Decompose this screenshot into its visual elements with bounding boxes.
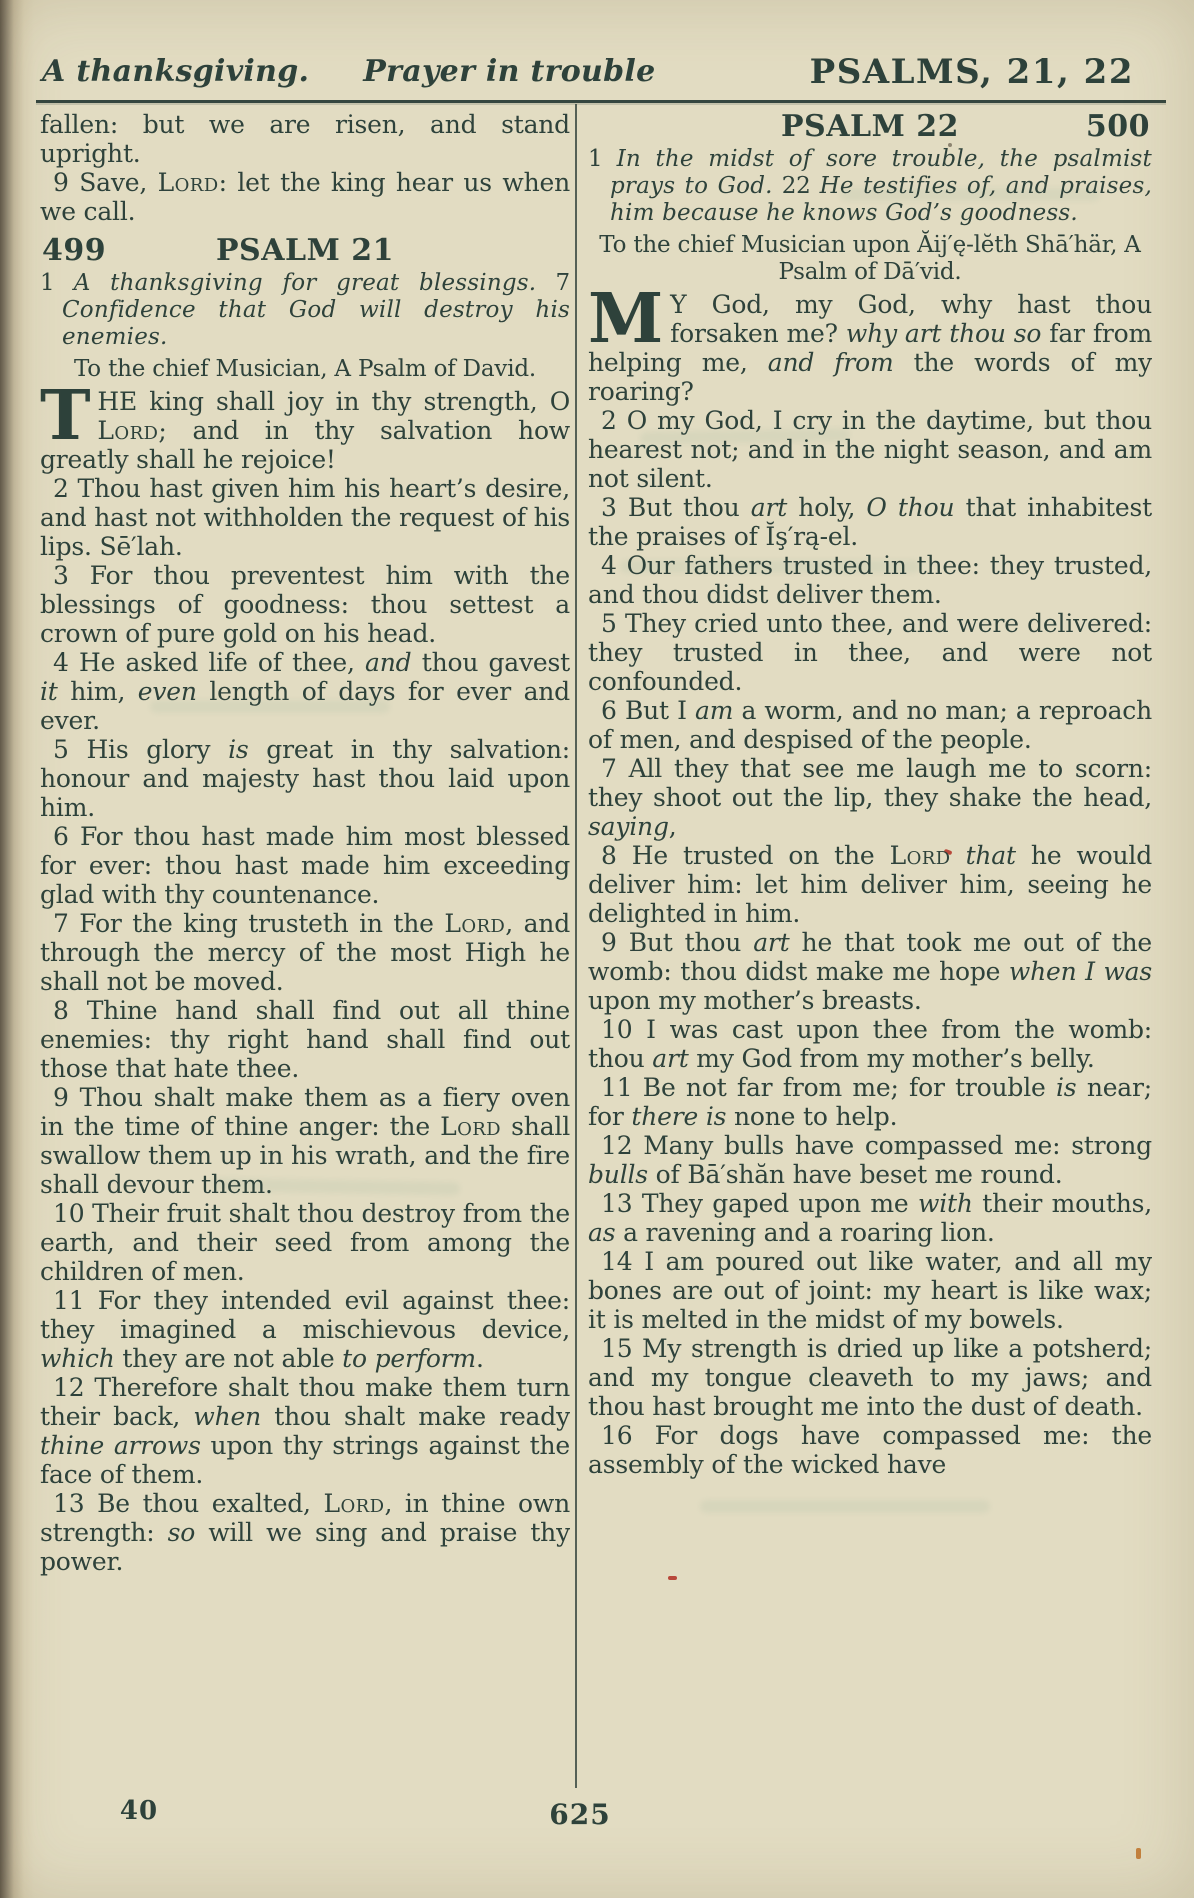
verse: 6 But I am a worm, and no man; a reproac… [588,696,1152,754]
verse: 14 I am poured out like water, and all m… [588,1247,1152,1334]
verse: 10 I was cast upon thee from the womb: t… [588,1015,1152,1073]
first-verse: THE king shall joy in thy strength, O Lo… [40,387,570,474]
verse: 13 Be thou exalted, Lord, in thine own s… [40,1489,570,1576]
psalm-22-heading: PSALM 22 500 [588,112,1152,141]
ink-speck [1136,1848,1141,1859]
verse: 5 His glory is great in thy salvation: h… [40,735,570,822]
drop-cap: T [40,390,90,442]
verse: 9 Thou shalt make them as a fiery oven i… [40,1083,570,1199]
right-column: PSALM 22 500 1 In the midst of sore trou… [588,110,1152,1800]
section-number: 500 [1086,112,1150,141]
psalm-21-summary: 1 A thanksgiving for great blessings. 7 … [40,270,570,351]
verse: 11 For they intended evil against thee: … [40,1286,570,1373]
verse: 4 He asked life of thee, and thou gavest… [40,648,570,735]
verse: 7 All they that see me laugh me to scorn… [588,754,1152,841]
verse: 12 Therefore shalt thou make them turn t… [40,1373,570,1489]
verse: 3 But thou art holy, O thou that inhabit… [588,493,1152,551]
psalm-title: PSALM 21 [216,233,394,268]
bible-page: A thanksgiving.Prayer in trouble PSALMS,… [0,0,1194,1898]
verse: 6 For thou hast made him most blessed fo… [40,822,570,909]
psalm-21-inscription: To the chief Musician, A Psalm of David. [40,356,570,383]
running-head-left: A thanksgiving.Prayer in trouble [42,54,656,89]
footer-page-number-left: 40 [104,1796,174,1826]
verse: 5 They cried unto thee, and were deliver… [588,609,1152,696]
verse: 15 My strength is dried up like a potshe… [588,1334,1152,1421]
verse: 8 Thine hand shall find out all thine en… [40,996,570,1083]
verse: 3 For thou preventest him with the bless… [40,561,570,648]
drop-cap: M [588,293,663,345]
verse: 9 But thou art he that took me out of th… [588,928,1152,1015]
running-head-psalm21: A thanksgiving. [42,54,309,89]
psalm-title: PSALM 22 [781,110,959,144]
verse: 16 For dogs have compassed me: the assem… [588,1421,1152,1479]
column-divider [575,104,577,1788]
carryover-text: fallen: but we are risen, and stand upri… [40,110,570,168]
first-verse-text: HE king shall joy in thy strength, O Lor… [40,387,570,474]
header-rule [36,100,1166,103]
section-number: 499 [42,236,106,265]
verse: 4 Our fathers trusted in thee: they trus… [588,551,1152,609]
verse: 7 For the king trusteth in the Lord, and… [40,909,570,996]
psalm-22-verses: 2 O my God, I cry in the daytime, but th… [588,406,1152,1479]
verse: 8 He trusted on the Lord that he would d… [588,841,1152,928]
left-column: fallen: but we are risen, and stand upri… [40,110,570,1800]
verse: 13 They gaped upon me with their mouths,… [588,1189,1152,1247]
verse: 2 O my God, I cry in the daytime, but th… [588,406,1152,493]
running-head-right: PSALMS, 21, 22 [810,52,1134,92]
first-verse: MY God, my God, why hast thou forsaken m… [588,290,1152,406]
verse: 12 Many bulls have compassed me: strong … [588,1131,1152,1189]
psalm-21-verses: 2 Thou hast given him his heart’s desire… [40,474,570,1576]
verse: 9 Save, Lord: let the king hear us when … [40,168,570,226]
psalm-22-inscription: To the chief Musician upon Ăij′ę-lĕth Sh… [588,232,1152,286]
running-head-psalm22: Prayer in trouble [363,54,655,89]
first-verse-text: Y God, my God, why hast thou forsaken me… [588,290,1152,406]
psalm-22-summary: 1 In the midst of sore trouble, the psal… [588,146,1152,227]
verse: 10 Their fruit shalt thou destroy from t… [40,1199,570,1286]
footer-page-number-center: 625 [536,1798,624,1831]
psalm-21-heading: 499 PSALM 21 [40,236,570,265]
verse: 11 Be not far from me; for trouble is ne… [588,1073,1152,1131]
verse: 2 Thou hast given him his heart’s desire… [40,474,570,561]
